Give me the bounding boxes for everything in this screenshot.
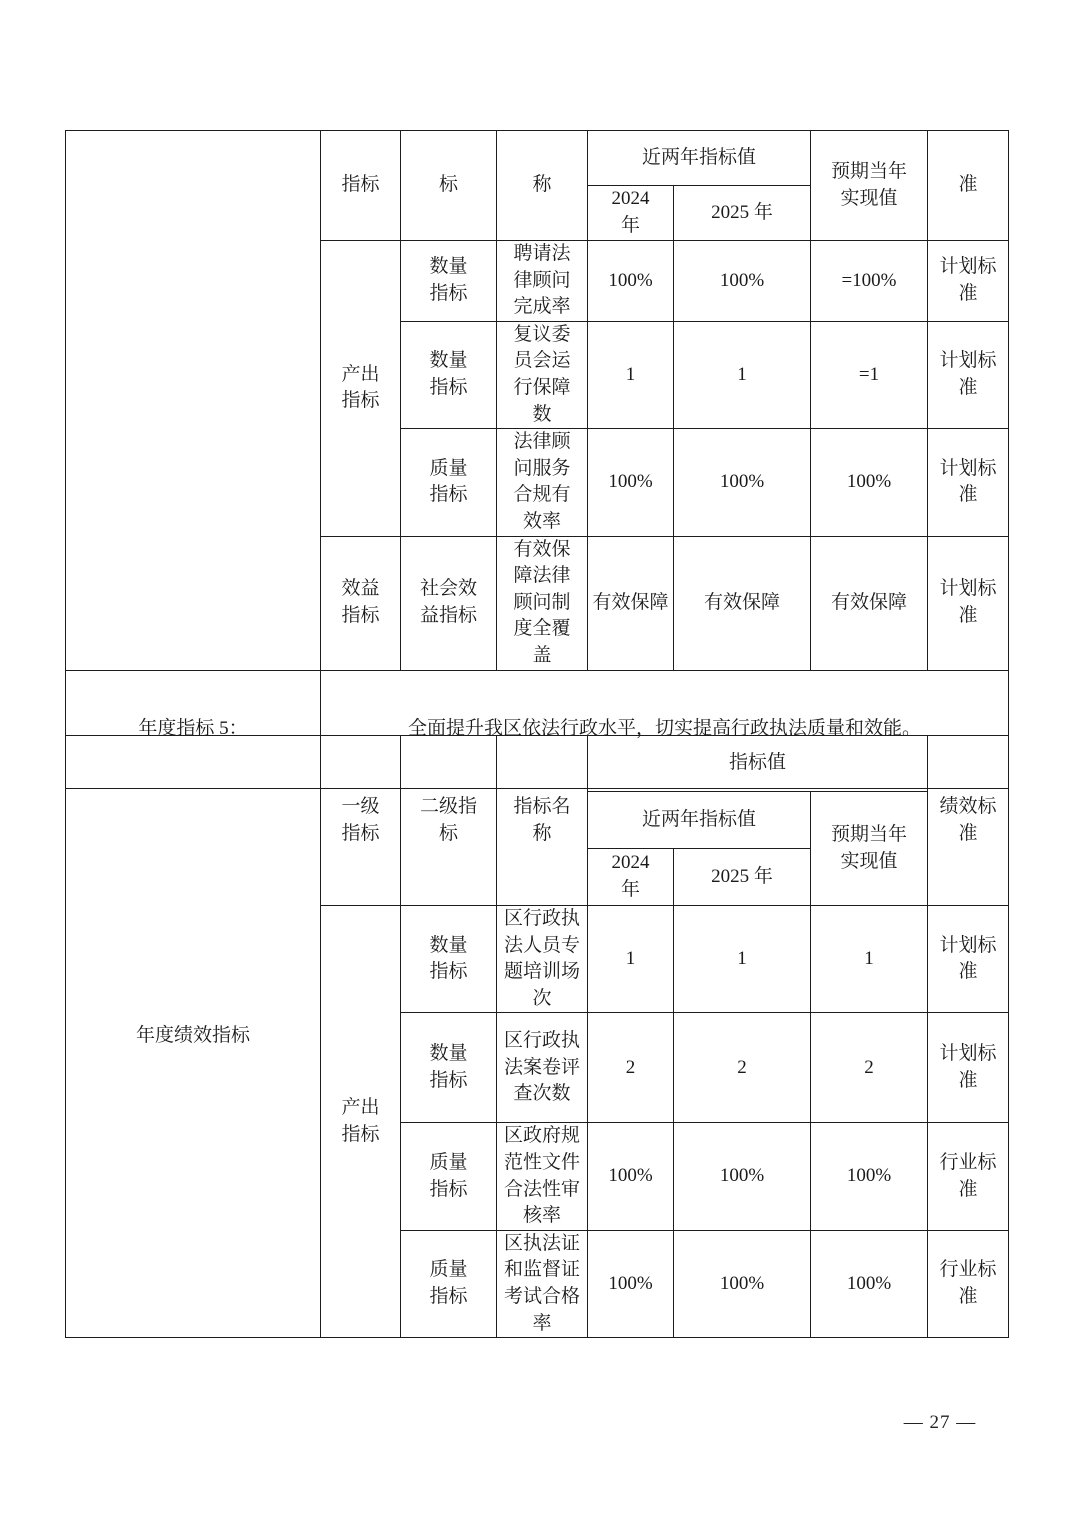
cell-standard: 行业标 准 (928, 1123, 1009, 1230)
cell-indicator-name: 区政府规 范性文件 合法性审 核率 (497, 1123, 588, 1230)
cell-expected-value: 有效保障 (811, 536, 928, 670)
indicator-table-continued: 指标 标 称 近两年指标值 预期当年 实现值 准 2024 年 2025 年 产… (65, 130, 1009, 789)
cell-level1: 产出 指标 (321, 241, 401, 537)
cell-expected-value: 1 (811, 906, 928, 1013)
cell-standard: 计划标 准 (928, 241, 1009, 322)
cell-level2: 数量 指标 (401, 1013, 497, 1123)
page-number: — 27 — (875, 1412, 1005, 1434)
cell-level2: 数量 指标 (401, 321, 497, 428)
cell-standard: 计划标 准 (928, 906, 1009, 1013)
cell-value-2025: 有效保障 (674, 536, 811, 670)
cell-indicator-name: 有效保 障法律 顾问制 度全覆 盖 (497, 536, 588, 670)
cell-value-2025: 100% (674, 1230, 811, 1337)
cell-level2: 社会效 益指标 (401, 536, 497, 670)
cell-standard: 计划标 准 (928, 1013, 1009, 1123)
cell-value-2025: 100% (674, 241, 811, 322)
cell-indicator-name: 区执法证 和监督证 考试合格 率 (497, 1230, 588, 1337)
cell-value-2024: 100% (588, 241, 674, 322)
header-standard: 绩效标 准 (928, 736, 1009, 906)
header-recent-two-years: 近两年指标值 (588, 131, 811, 186)
cell-value-2024: 100% (588, 1123, 674, 1230)
cell-expected-value: =1 (811, 321, 928, 428)
cell-level2: 质量 指标 (401, 1230, 497, 1337)
cell-value-2025: 1 (674, 321, 811, 428)
cell-expected-value: 100% (811, 429, 928, 536)
header-value-group: 指标值 (588, 736, 928, 792)
row-group-label: 年度绩效指标 (66, 736, 321, 1338)
cell-level2: 质量 指标 (401, 1123, 497, 1230)
cell-level2: 质量 指标 (401, 429, 497, 536)
header-year-2025: 2025 年 (674, 849, 811, 906)
cell-level1: 效益 指标 (321, 536, 401, 670)
cell-indicator-name: 法律顾 问服务 合规有 效率 (497, 429, 588, 536)
cell-indicator-name: 区行政执 法案卷评 查次数 (497, 1013, 588, 1123)
header-recent-two-years: 近两年指标值 (588, 792, 811, 849)
cell-indicator-name: 复议委 员会运 行保障 数 (497, 321, 588, 428)
header-expected-value: 预期当年 实现值 (811, 131, 928, 241)
header-year-2025: 2025 年 (674, 186, 811, 241)
cell-standard: 计划标 准 (928, 321, 1009, 428)
cell-value-2024: 1 (588, 906, 674, 1013)
cell-value-2024: 2 (588, 1013, 674, 1123)
cell-standard: 计划标 准 (928, 536, 1009, 670)
header-indicator-name: 指标名 称 (497, 736, 588, 906)
cell-indicator-name: 区行政执 法人员专 题培训场 次 (497, 906, 588, 1013)
cell-value-2024: 1 (588, 321, 674, 428)
cell-value-2025: 100% (674, 1123, 811, 1230)
cell-standard: 计划标 准 (928, 429, 1009, 536)
header-expected-value: 预期当年 实现值 (811, 792, 928, 906)
cell-expected-value: 100% (811, 1230, 928, 1337)
cell-value-2025: 1 (674, 906, 811, 1013)
annual-performance-indicator-table: 年度绩效指标 一级 指标 二级指 标 指标名 称 指标值 绩效标 准 近两年指标… (65, 735, 1009, 1338)
cell-value-2024: 100% (588, 1230, 674, 1337)
header-level1-partial: 指标 (321, 131, 401, 241)
cell-expected-value: =100% (811, 241, 928, 322)
header-year-2024: 2024 年 (588, 849, 674, 906)
header-name-partial: 称 (497, 131, 588, 241)
cell-value-2025: 2 (674, 1013, 811, 1123)
row-group-empty-cell (66, 131, 321, 671)
cell-level1: 产出 指标 (321, 906, 401, 1338)
header-year-2024: 2024 年 (588, 186, 674, 241)
header-level2-partial: 标 (401, 131, 497, 241)
cell-expected-value: 100% (811, 1123, 928, 1230)
cell-level2: 数量 指标 (401, 906, 497, 1013)
cell-value-2024: 有效保障 (588, 536, 674, 670)
header-standard-partial: 准 (928, 131, 1009, 241)
cell-value-2024: 100% (588, 429, 674, 536)
cell-standard: 行业标 准 (928, 1230, 1009, 1337)
cell-value-2025: 100% (674, 429, 811, 536)
header-level2: 二级指 标 (401, 736, 497, 906)
cell-expected-value: 2 (811, 1013, 928, 1123)
cell-level2: 数量 指标 (401, 241, 497, 322)
document-page: 指标 标 称 近两年指标值 预期当年 实现值 准 2024 年 2025 年 产… (0, 0, 1074, 1520)
cell-indicator-name: 聘请法 律顾问 完成率 (497, 241, 588, 322)
header-level1: 一级 指标 (321, 736, 401, 906)
